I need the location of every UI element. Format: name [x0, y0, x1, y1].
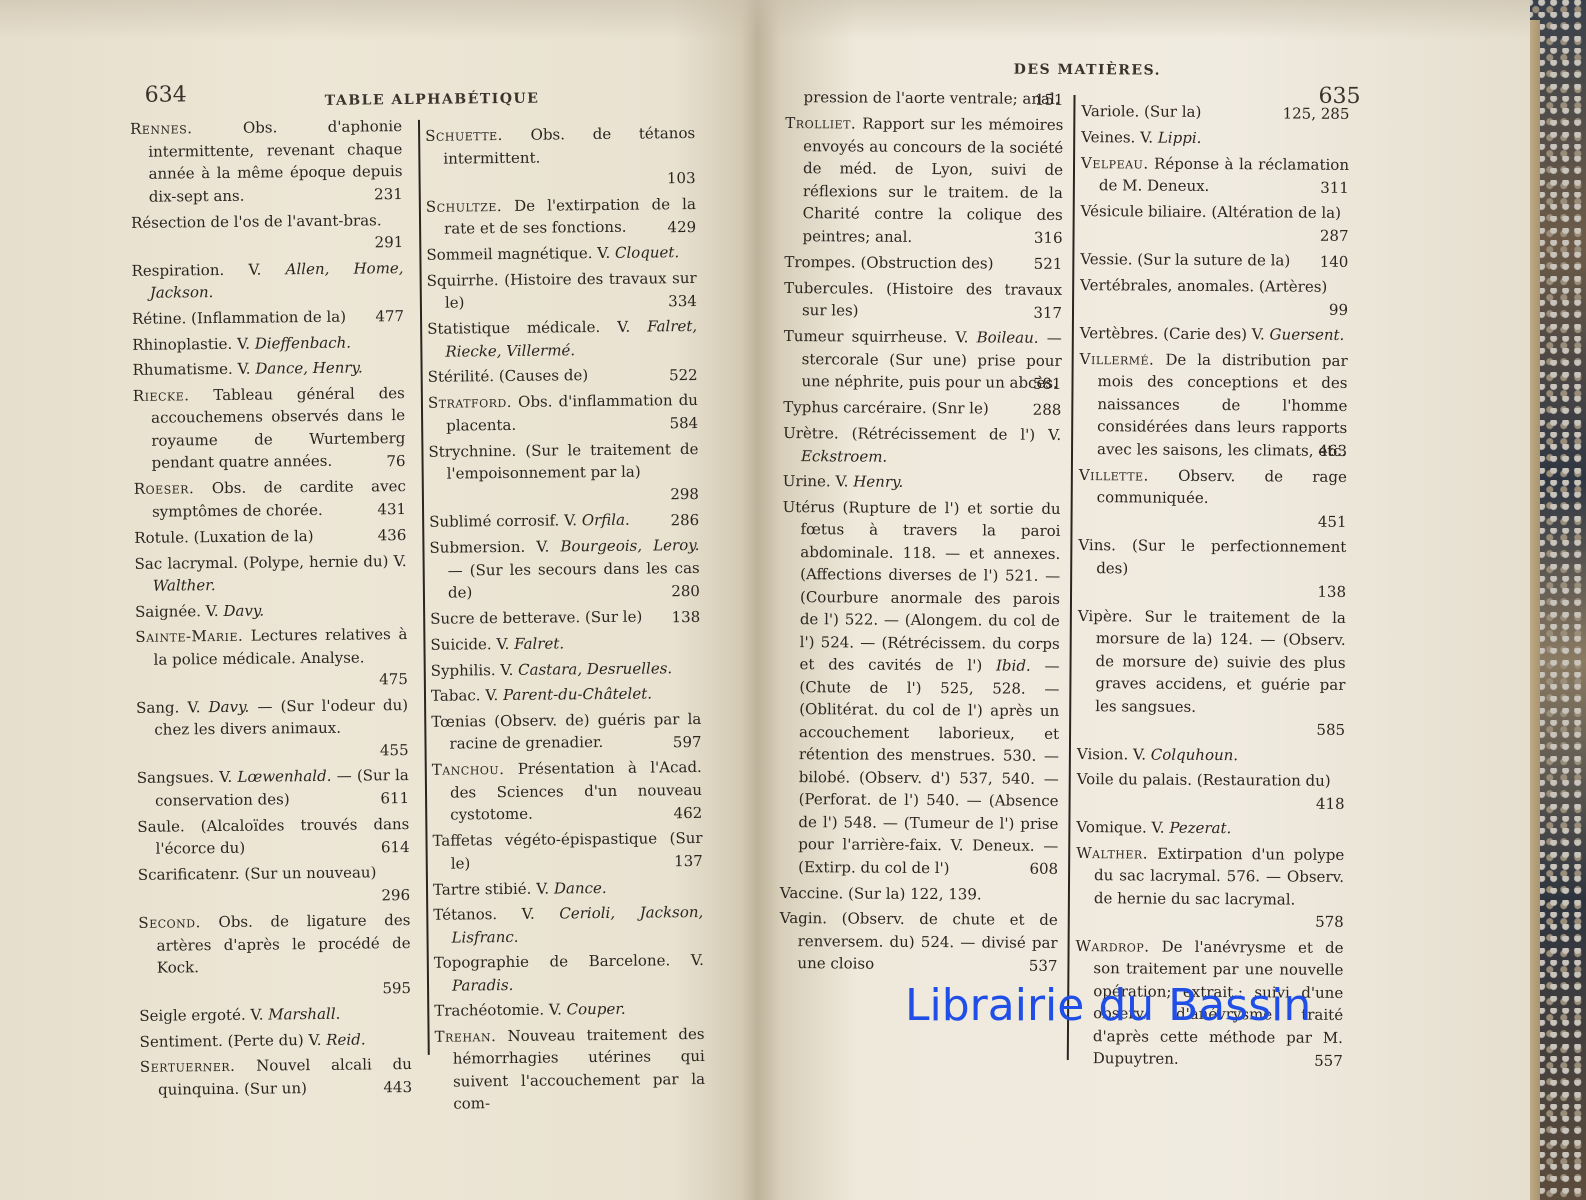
entry-body: Stérilité. (Causes de)	[428, 366, 589, 386]
index-entry: Rhumatisme. V. Dance, Henry.	[132, 356, 404, 381]
index-entry: Tabac. V. Parent-du-Châtelet.	[431, 682, 701, 707]
index-entry: Villermé. De la distribution par mois de…	[1079, 348, 1348, 463]
entry-body: Voile du palais. (Restauration du)	[1077, 770, 1331, 790]
entry-text: Résection de l'os de l'avant-bras.	[131, 209, 403, 234]
index-entry: Scarificatenr. (Sur un nouveau)296	[138, 861, 410, 909]
entry-text: Vésicule biliaire. (Altération de la)	[1081, 200, 1349, 224]
entry-body: Sentiment. (Perte du) V.	[140, 1030, 327, 1050]
entry-text: Tétanos. V. Cerioli, Jackson, Lisfranc.	[433, 901, 703, 949]
index-entry: Villette. Observ. de rage communiquée.45…	[1078, 464, 1346, 533]
entry-cross-reference: Marshall.	[268, 1005, 340, 1024]
entry-text: Topographie de Barcelone. V. Paradis.	[434, 949, 704, 997]
index-column-1: Rennes. Obs. d'aphonie intermittente, re…	[130, 115, 412, 1104]
index-entry: Saule. (Alcaloïdes trouvés dans l'écorce…	[137, 813, 409, 861]
entry-body: Sublimé corrosif. V.	[429, 511, 582, 531]
index-column-2: Schuette. Obs. de tétanos intermittent.1…	[425, 122, 705, 1118]
entry-text: Voile du palais. (Restauration du)	[1077, 768, 1345, 792]
index-entry: Variole. (Sur la)125, 285	[1081, 100, 1349, 125]
index-entry: Rétine. (Inflammation de la)477	[132, 305, 404, 331]
entry-cross-reference: Pezerat.	[1169, 819, 1231, 837]
index-entry: Saignée. V. Davy.	[135, 598, 407, 623]
entry-text: Rhumatisme. V. Dance, Henry.	[132, 356, 404, 381]
entry-page-number: 455	[136, 739, 408, 764]
entry-cross-reference: Dance.	[554, 878, 607, 897]
entry-text: Vins. (Sur le perfectionnement des)	[1078, 534, 1346, 581]
entry-text: Utérus (Rupture de l') et sortie du fœtu…	[780, 495, 1061, 879]
entry-cross-reference: Guersent.	[1270, 325, 1345, 344]
entry-cross-reference: Orfila.	[582, 511, 630, 530]
entry-author: Trolliet.	[785, 114, 856, 132]
entry-body: Rotule. (Luxation de la)	[134, 527, 313, 547]
entry-page-number: 451	[1078, 509, 1346, 533]
entry-body: Utérus (Rupture de l') et sortie du fœtu…	[783, 497, 1061, 674]
index-entry: Sangsues. V. Lœwenhald. — (Sur la conser…	[137, 764, 409, 812]
index-column-4: Variole. (Sur la)125, 285Veines. V. Lipp…	[1075, 100, 1350, 1075]
entry-text: Respiration. V. Allen, Home, Jackson.	[131, 257, 403, 305]
index-entry: Strychnine. (Sur le traitement de l'empo…	[428, 437, 699, 507]
index-entry: Trolliet. Rapport sur les mémoires envoy…	[784, 112, 1063, 249]
entry-author: Sertuerner.	[140, 1057, 236, 1076]
entry-text: Sac lacrymal. (Polype, hernie du) V. Wal…	[134, 550, 406, 598]
index-entry: Rhinoplastie. V. Dieffenbach.	[132, 331, 404, 356]
index-entry: Sang. V. Davy. — (Sur l'odeur du) chez l…	[136, 694, 409, 764]
entry-text: Syphilis. V. Castara, Desruelles.	[431, 656, 701, 681]
entry-body: Rétine. (Inflammation de la)	[132, 307, 346, 327]
index-entry: Vertébrales, anomales. (Artères)99	[1080, 274, 1348, 321]
entry-cross-reference: Falret.	[514, 634, 564, 653]
entry-cross-reference: Paradis.	[452, 975, 514, 994]
index-entry: Vomique. V. Pezerat.	[1076, 816, 1344, 840]
entry-text: Sang. V. Davy. — (Sur l'odeur du) chez l…	[136, 694, 408, 742]
running-head-left: TABLE ALPHABÉTIQUE	[325, 91, 540, 109]
entry-author: Stratford.	[428, 393, 512, 412]
index-entry: Voile du palais. (Restauration du)418	[1077, 768, 1345, 815]
entry-cross-reference: Parent-du-Châtelet.	[503, 684, 652, 704]
index-entry: Trachéotomie. V. Couper.	[434, 997, 704, 1022]
index-entry: Tartre stibié. V. Dance.	[433, 875, 703, 900]
entry-cross-reference: Castara, Desruelles.	[518, 659, 672, 679]
entry-text: Urètre. (Rétrécissement de l') V. Eckstr…	[783, 422, 1061, 469]
entry-text: Urine. V. Henry.	[783, 470, 1061, 494]
index-entry: Respiration. V. Allen, Home, Jackson.	[131, 257, 403, 305]
index-entry: Stérilité. (Causes de)522	[428, 363, 698, 389]
entry-page-number: 595	[139, 977, 411, 1002]
entry-body: Sommeil magnétique. V.	[426, 244, 615, 264]
index-entry: Tétanos. V. Cerioli, Jackson, Lisfranc.	[433, 901, 703, 949]
entry-text: Strychnine. (Sur le traitement de l'empo…	[428, 437, 698, 485]
entry-text: Tartre stibié. V. Dance.	[433, 875, 703, 900]
entry-body: Tartre stibié. V.	[433, 879, 554, 898]
index-entry: Vésicule biliaire. (Altération de la)287	[1080, 200, 1348, 247]
entry-body: Sang. V.	[136, 698, 209, 717]
entry-cross-reference: Colquhoun.	[1151, 745, 1238, 764]
entry-body: Vomique. V.	[1076, 818, 1169, 837]
entry-text: Tumeur squirrheuse. V. Boileau. — sterco…	[783, 325, 1061, 394]
entry-body: Respiration. V.	[131, 260, 285, 280]
entry-text: Saignée. V. Davy.	[135, 598, 407, 623]
entry-page-number: 578	[1076, 909, 1344, 933]
entry-body: Scarificatenr. (Sur un nouveau)	[138, 863, 377, 883]
index-entry: Roeser. Obs. de cardite avec symptômes d…	[134, 475, 406, 523]
index-entry: Vaccine. (Sur la) 122, 139.	[780, 881, 1058, 905]
entry-body: Tabac. V.	[431, 686, 503, 705]
index-entry: Veines. V. Lippi.	[1081, 126, 1349, 150]
entry-author: Roeser.	[134, 479, 195, 498]
entry-body: Typhus carcéraire. (Snr le)	[783, 398, 989, 417]
index-entry: pression de l'aorte ventrale; anal.151	[785, 86, 1063, 111]
entry-body: Vessie. (Sur la suture de la)	[1080, 250, 1290, 269]
entry-page-number: 99	[1080, 297, 1348, 321]
entry-page-number: 291	[131, 231, 403, 256]
entry-text: Sainte-Marie. Lectures relatives à la po…	[135, 623, 407, 671]
entry-body: Vertébrales, anomales. (Artères)	[1080, 276, 1327, 296]
entry-cross-reference: Eckstroem.	[801, 447, 887, 466]
entry-body: Trompes. (Obstruction des)	[784, 252, 993, 271]
entry-author: Tanchou.	[432, 760, 505, 779]
index-entry: Vins. (Sur le perfectionnement des)138	[1078, 534, 1346, 603]
entry-body: Résection de l'os de l'avant-bras.	[131, 211, 382, 232]
entry-page-number: 138	[1078, 579, 1346, 603]
index-entry: Statistique médicale. V. Falret, Riecke,…	[427, 315, 697, 363]
index-entry: Sucre de betterave. (Sur le)138	[430, 605, 700, 631]
entry-body: pression de l'aorte ventrale; anal.	[803, 88, 1059, 108]
entry-cross-reference: Lœwenhald.	[237, 767, 331, 786]
entry-body: Urètre. (Rétrécissement de l') V.	[783, 424, 1061, 444]
entry-cross-reference: Dieffenbach.	[255, 333, 351, 352]
entry-body: Submersion. V.	[429, 537, 560, 556]
index-entry: Tumeur squirrheuse. V. Boileau. — sterco…	[783, 325, 1061, 395]
index-entry: Vipère. Sur le traitement de la morsure …	[1077, 605, 1346, 742]
entry-body: Sac lacrymal. (Polype, hernie du) V.	[135, 552, 407, 573]
index-entry: Stratford. Obs. d'inflammation du placen…	[428, 389, 698, 437]
entry-text: Villette. Observ. de rage communiquée.	[1079, 464, 1347, 511]
entry-body: Sangsues. V.	[137, 768, 238, 787]
index-entry: Walther. Extirpation d'un polype du sac …	[1076, 842, 1345, 934]
entry-text: Vertèbres. (Carie des) V. Guersent.	[1080, 322, 1348, 346]
entry-page-number: 137	[433, 850, 703, 875]
entry-cross-reference: Dance, Henry.	[255, 358, 363, 377]
index-entry: Taffetas végéto-épispastique (Sur le)137	[432, 827, 702, 875]
index-entry: Suicide. V. Falret.	[430, 631, 700, 656]
entry-text: Tabac. V. Parent-du-Châtelet.	[431, 682, 701, 707]
entry-body-cont: — (Chute de l') 525, 528. — (Oblitérat. …	[798, 657, 1060, 877]
index-entry: Typhus carcéraire. (Snr le)288	[783, 396, 1061, 421]
entry-body: Suicide. V.	[430, 635, 514, 654]
entry-text: Vomique. V. Pezerat.	[1076, 816, 1344, 840]
index-entry: Squirrhe. (Histoire des travaux sur le)3…	[427, 266, 697, 314]
entry-author: Schuette.	[425, 126, 503, 145]
entry-body: Tumeur squirrheuse. V.	[784, 327, 977, 346]
entry-page-number: 296	[138, 884, 410, 909]
entry-text: Veines. V. Lippi.	[1081, 126, 1349, 150]
index-entry: Utérus (Rupture de l') et sortie du fœtu…	[780, 495, 1061, 880]
entry-text: Vision. V. Colquhoun.	[1077, 743, 1345, 767]
entry-cross-reference: Davy.	[223, 601, 264, 619]
entry-body: Rhumatisme. V.	[132, 360, 255, 379]
index-entry: Résection de l'os de l'avant-bras.291	[131, 209, 403, 257]
entry-cross-reference: Couper.	[567, 1000, 626, 1019]
index-entry: Submersion. V. Bourgeois, Leroy. — (Sur …	[429, 534, 700, 605]
index-entry: Vessie. (Sur la suture de la)140	[1080, 248, 1348, 273]
index-entry: Sac lacrymal. (Polype, hernie du) V. Wal…	[134, 550, 406, 598]
index-entry: Sublimé corrosif. V. Orfila.286	[429, 508, 699, 534]
entry-cross-reference: Bourgeois, Leroy.	[560, 536, 699, 555]
entry-text: Statistique médicale. V. Falret, Riecke,…	[427, 315, 697, 363]
index-entry: Trehan. Nouveau traitement des hémorrhag…	[434, 1022, 705, 1115]
left-page: 634 TABLE ALPHABÉTIQUE Rennes. Obs. d'ap…	[94, 0, 727, 1200]
entry-text: Trachéotomie. V. Couper.	[434, 997, 704, 1022]
column-rule-right	[1067, 95, 1076, 1060]
index-entry: Sainte-Marie. Lectures relatives à la po…	[135, 623, 408, 693]
entry-page-number: 585	[1077, 717, 1345, 741]
entry-page-number: 103	[425, 167, 695, 192]
entry-author: Schultze.	[426, 197, 502, 216]
entry-cross-reference: Lippi.	[1158, 129, 1202, 147]
entry-author: Trehan.	[434, 1027, 496, 1046]
index-entry: Syphilis. V. Castara, Desruelles.	[431, 656, 701, 681]
entry-author: Velpeau.	[1081, 154, 1149, 172]
entry-body: Vision. V.	[1077, 745, 1151, 764]
entry-text: Walther. Extirpation d'un polype du sac …	[1076, 842, 1344, 911]
entry-text: Vaccine. (Sur la) 122, 139.	[780, 881, 1058, 905]
entry-cross-reference: Boileau.	[977, 328, 1039, 346]
entry-body: Variole. (Sur la)	[1081, 102, 1201, 121]
entry-cross-reference: Reid.	[326, 1030, 366, 1048]
entry-body: Urine. V.	[783, 472, 854, 490]
index-entry: Riecke. Tableau général des accouchemens…	[133, 382, 406, 475]
entry-body: Strychnine. (Sur le traitement de l'empo…	[428, 439, 698, 482]
entry-page-number: 298	[429, 482, 699, 507]
entry-text: Rhinoplastie. V. Dieffenbach.	[132, 331, 404, 356]
entry-cross-reference: Ibid.	[996, 656, 1031, 674]
entry-body: Vipère. Sur le traitement de la morsure …	[1078, 607, 1346, 716]
entry-cross-reference: Henry.	[853, 472, 903, 490]
entry-text: pression de l'aorte ventrale; anal.	[785, 86, 1063, 110]
index-entry: Velpeau. Réponse à la réclamation de M. …	[1081, 152, 1349, 199]
entry-body: Rhinoplastie. V.	[132, 334, 255, 353]
index-entry: Tœnias (Observ. de) guéris par la racine…	[431, 707, 701, 755]
entry-author: Riecke.	[133, 386, 190, 405]
entry-cross-reference: Walther.	[153, 576, 216, 595]
index-entry: Rennes. Obs. d'aphonie intermittente, re…	[130, 115, 403, 208]
index-entry: Topographie de Barcelone. V. Paradis.	[434, 949, 704, 997]
index-entry: Urètre. (Rétrécissement de l') V. Eckstr…	[783, 422, 1061, 469]
index-entry: Schultze. De l'extirpation de la rate et…	[426, 192, 696, 240]
entry-page-number: 334	[427, 289, 697, 314]
index-entry: Schuette. Obs. de tétanos intermittent.1…	[425, 122, 696, 192]
entry-text: Seigle ergoté. V. Marshall.	[139, 1002, 411, 1027]
entry-author: Walther.	[1076, 844, 1148, 863]
index-entry: Urine. V. Henry.	[783, 470, 1061, 494]
entry-body: Veines. V.	[1081, 128, 1158, 147]
entry-body: Tétanos. V.	[433, 904, 559, 923]
entry-body: Vertèbres. (Carie des) V.	[1080, 324, 1270, 343]
entry-text: Suicide. V. Falret.	[430, 631, 700, 656]
entry-author: Rennes.	[130, 119, 193, 138]
index-entry: Vision. V. Colquhoun.	[1077, 743, 1345, 767]
entry-body: Sucre de betterave. (Sur le)	[430, 608, 642, 628]
entry-text: Villermé. De la distribution par mois de…	[1079, 348, 1348, 462]
watermark: Librairie du Bassin	[905, 980, 1311, 1031]
entry-body: Saignée. V.	[135, 601, 224, 620]
entry-body: Vins. (Sur le perfectionnement des)	[1078, 536, 1346, 577]
entry-page-number: 418	[1077, 791, 1345, 815]
index-entry: Sommeil magnétique. V. Cloquet.	[426, 241, 696, 266]
index-entry: Vagin. (Observ. de chute et de renversem…	[779, 907, 1057, 977]
entry-body: Seigle ergoté. V.	[139, 1006, 268, 1025]
index-entry: Trompes. (Obstruction des)521	[784, 250, 1062, 275]
index-entry: Second. Obs. de ligature des artères d'a…	[138, 909, 411, 1002]
index-entry: Rotule. (Luxation de la)436	[134, 524, 406, 550]
entry-body: Vésicule biliaire. (Altération de la)	[1081, 202, 1341, 222]
entry-author: Villette.	[1079, 466, 1149, 484]
entry-author: Sainte-Marie.	[135, 627, 243, 646]
entry-author: Wardrop.	[1076, 937, 1150, 956]
entry-cross-reference: Cloquet.	[615, 243, 679, 262]
entry-cross-reference: Davy.	[208, 697, 249, 715]
entry-text: Schuette. Obs. de tétanos intermittent.	[425, 122, 695, 170]
index-column-3: pression de l'aorte ventrale; anal.151Tr…	[779, 86, 1063, 980]
entry-body: Topographie de Barcelone. V.	[434, 951, 704, 972]
entry-body: Statistique médicale. V.	[427, 318, 647, 338]
entry-body: Syphilis. V.	[431, 660, 519, 679]
entry-text: Scarificatenr. (Sur un nouveau)	[138, 861, 410, 886]
entry-text: Sommeil magnétique. V. Cloquet.	[426, 241, 696, 266]
entry-author: Second.	[138, 913, 201, 932]
index-entry: Tubercules. (Histoire des travaux sur le…	[784, 276, 1062, 323]
entry-text: Sentiment. (Perte du) V. Reid.	[139, 1028, 411, 1053]
index-entry: Sentiment. (Perte du) V. Reid.	[139, 1028, 411, 1053]
entry-text: Vipère. Sur le traitement de la morsure …	[1077, 605, 1346, 719]
entry-page-number: 475	[136, 668, 408, 693]
entry-text: Trehan. Nouveau traitement des hémorrhag…	[434, 1022, 705, 1115]
index-entry: Tanchou. Présentation à l'Acad. des Scie…	[432, 756, 703, 827]
index-entry: Seigle ergoté. V. Marshall.	[139, 1002, 411, 1027]
entry-text: Second. Obs. de ligature des artères d'a…	[138, 909, 411, 979]
entry-text: Vertébrales, anomales. (Artères)	[1080, 274, 1348, 298]
entry-body: Vaccine. (Sur la) 122, 139.	[780, 883, 982, 902]
running-head-right: DES MATIÈRES.	[1014, 62, 1161, 79]
page-number-left: 634	[145, 82, 187, 107]
entry-author: Villermé.	[1080, 350, 1155, 369]
index-entry: Sertuerner. Nouvel alcali du quinquina. …	[140, 1053, 412, 1101]
entry-page-number: 287	[1080, 223, 1348, 247]
entry-body: Trachéotomie. V.	[434, 1000, 567, 1019]
index-entry: Vertèbres. (Carie des) V. Guersent.	[1080, 322, 1348, 346]
